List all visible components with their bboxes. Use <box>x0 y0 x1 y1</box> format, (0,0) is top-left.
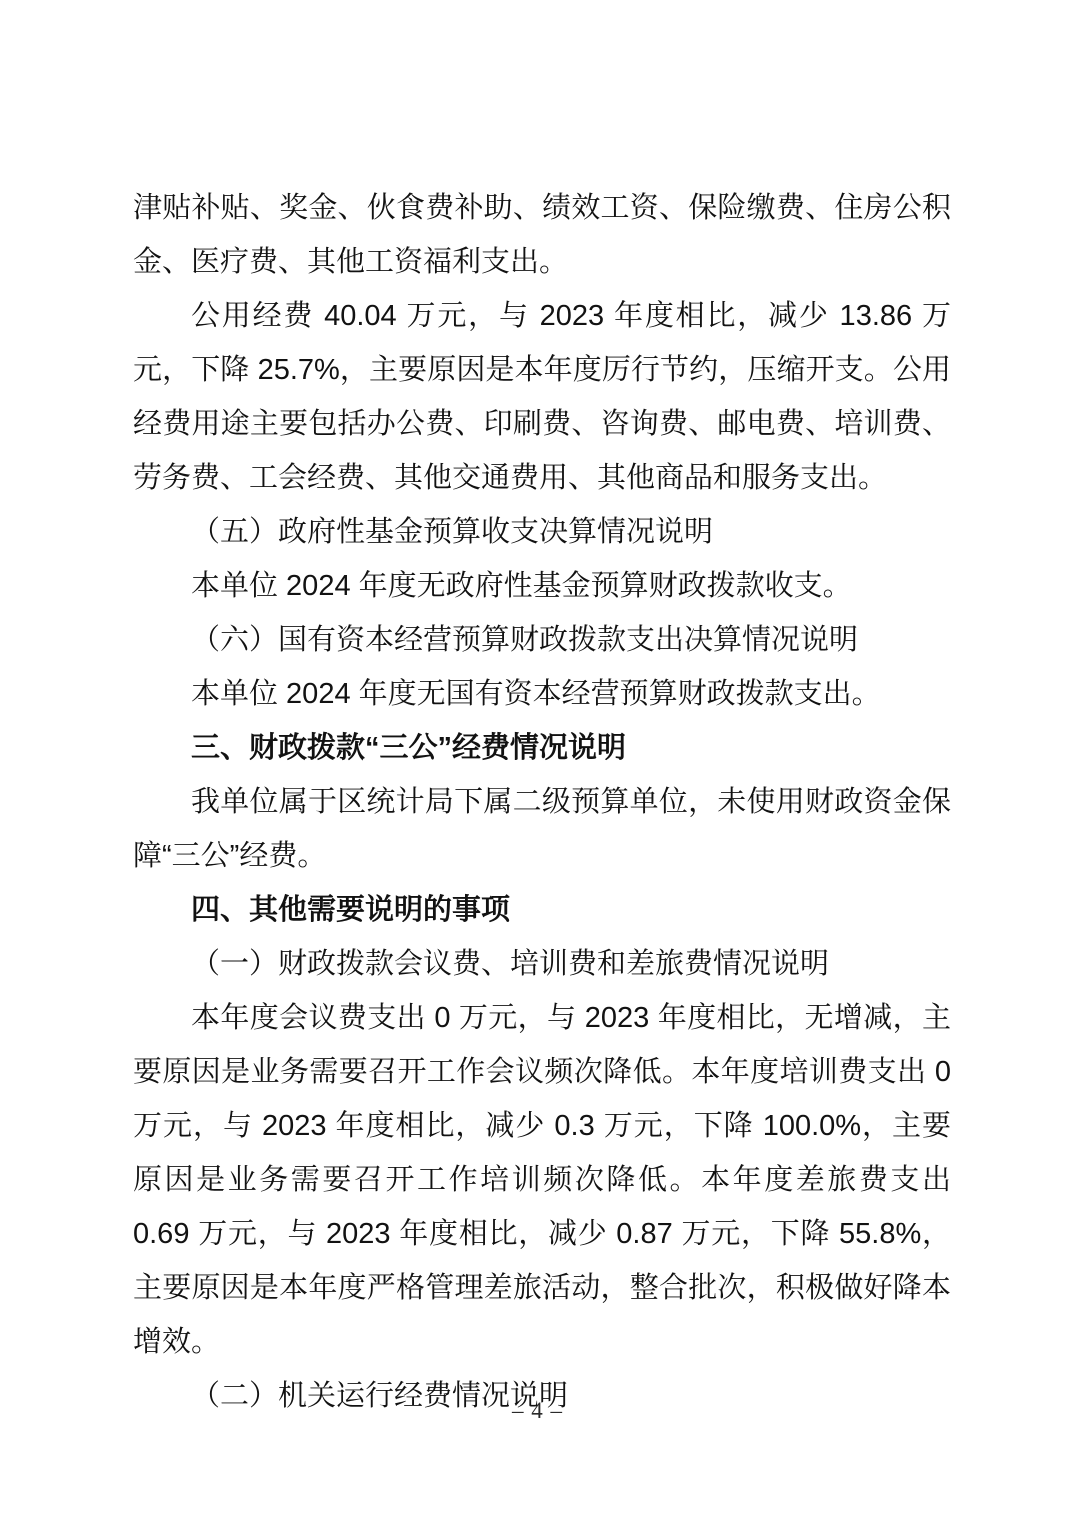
heading-other-matters: 四、其他需要说明的事项 <box>133 883 951 937</box>
paragraph-no-state-capital-budget: 本单位 2024 年度无国有资本经营预算财政拨款支出。 <box>133 667 951 721</box>
paragraph-no-gov-fund-budget: 本单位 2024 年度无政府性基金预算财政拨款收支。 <box>133 559 951 613</box>
paragraph-wage-benefit-items: 津贴补贴、奖金、伙食费补助、绩效工资、保险缴费、住房公积金、医疗费、其他工资福利… <box>133 181 951 289</box>
subheading-section-6-state-capital-budget: （六）国有资本经营预算财政拨款支出决算情况说明 <box>133 613 951 667</box>
document-page: 津贴补贴、奖金、伙食费补助、绩效工资、保险缴费、住房公积金、医疗费、其他工资福利… <box>0 0 1075 1520</box>
heading-three-public-funds: 三、财政拨款“三公”经费情况说明 <box>133 721 951 775</box>
paragraph-public-expense: 公用经费 40.04 万元，与 2023 年度相比，减少 13.86 万元，下降… <box>133 289 951 505</box>
paragraph-three-public-funds: 我单位属于区统计局下属二级预算单位，未使用财政资金保障“三公”经费。 <box>133 775 951 883</box>
page-number: – 4 – <box>512 1398 563 1423</box>
subheading-meeting-training-travel-fees: （一）财政拨款会议费、培训费和差旅费情况说明 <box>133 937 951 991</box>
subheading-section-5-gov-fund-budget: （五）政府性基金预算收支决算情况说明 <box>133 505 951 559</box>
document-body: 津贴补贴、奖金、伙食费补助、绩效工资、保险缴费、住房公积金、医疗费、其他工资福利… <box>133 181 951 1423</box>
paragraph-meeting-training-travel-fees: 本年度会议费支出 0 万元，与 2023 年度相比，无增减，主要原因是业务需要召… <box>133 991 951 1369</box>
page-footer: – 4 – <box>0 1396 1075 1426</box>
